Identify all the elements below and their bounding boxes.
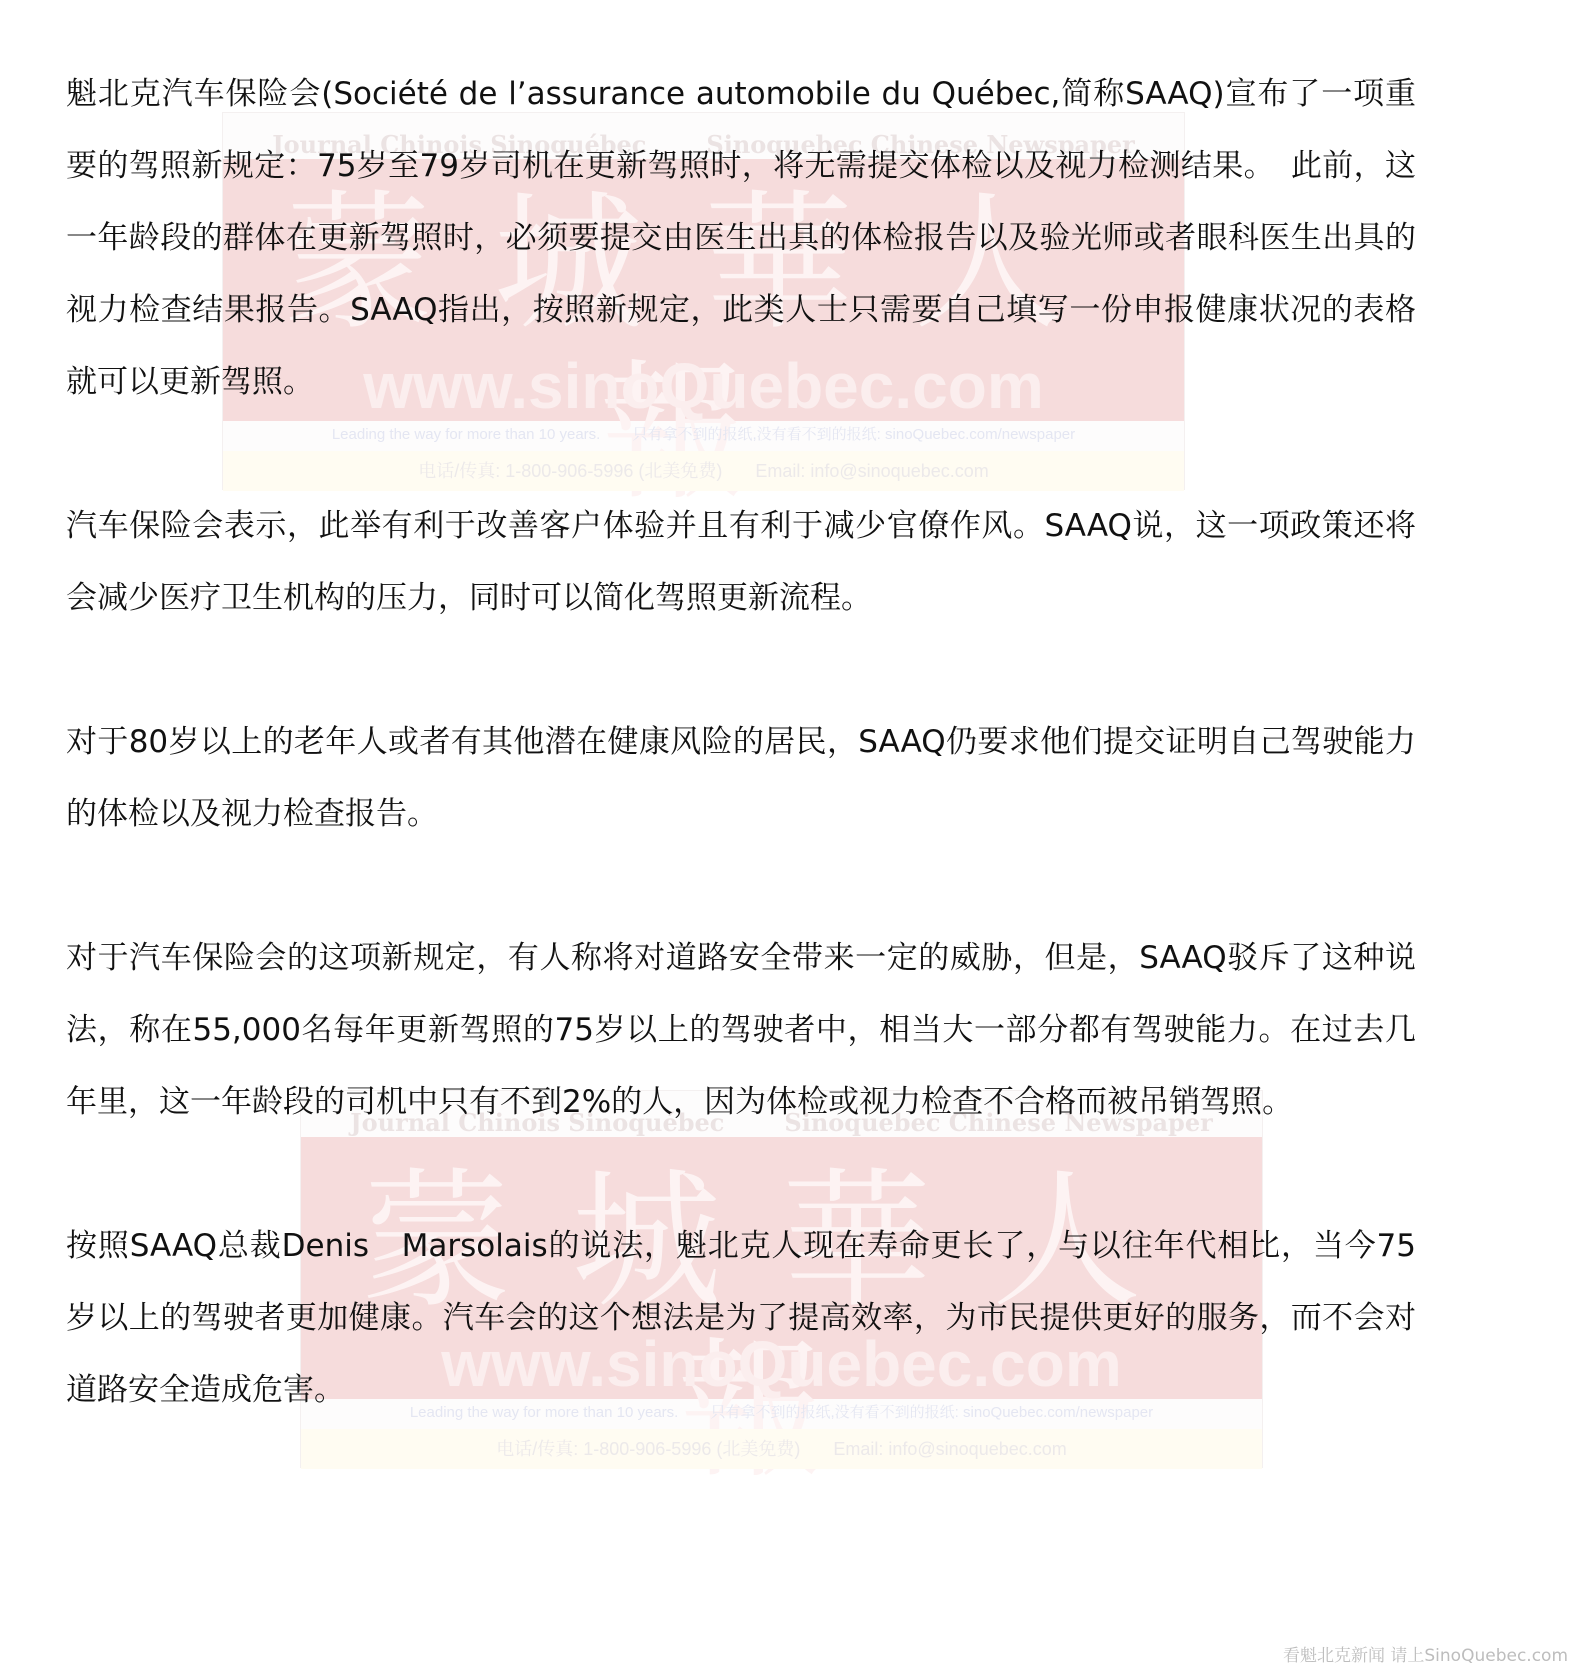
watermark-contact: 电话/传真: 1-800-906-5996 (北美免费) Email: info… [301,1429,1262,1469]
watermark-phone: 电话/传真: 1-800-906-5996 (北美免费) [496,1439,800,1459]
watermark-email: Email: info@sinoquebec.com [833,1439,1066,1459]
paragraph-announcement: 魁北克汽车保险会(Société de l’assurance automobi… [66,58,1416,418]
paragraph-spacer [66,418,1416,490]
paragraph-over-80: 对于80岁以上的老年人或者有其他潜在健康风险的居民，SAAQ仍要求他们提交证明自… [66,706,1416,850]
paragraph-safety-debate: 对于汽车保险会的这项新规定，有人称将对道路安全带来一定的威胁，但是，SAAQ驳斥… [66,922,1416,1138]
paragraph-benefits: 汽车保险会表示，此举有利于改善客户体验并且有利于减少官僚作风。SAAQ说，这一项… [66,490,1416,634]
footer-source-note: 看魁北克新闻 请上SinoQuebec.com [1283,1641,1568,1666]
article-body: 魁北克汽车保险会(Société de l’assurance automobi… [66,58,1416,1426]
paragraph-spacer [66,1138,1416,1210]
paragraph-president-quote: 按照SAAQ总裁Denis Marsolais的说法，魁北克人现在寿命更长了，与… [66,1210,1416,1426]
paragraph-spacer [66,634,1416,706]
paragraph-spacer [66,850,1416,922]
